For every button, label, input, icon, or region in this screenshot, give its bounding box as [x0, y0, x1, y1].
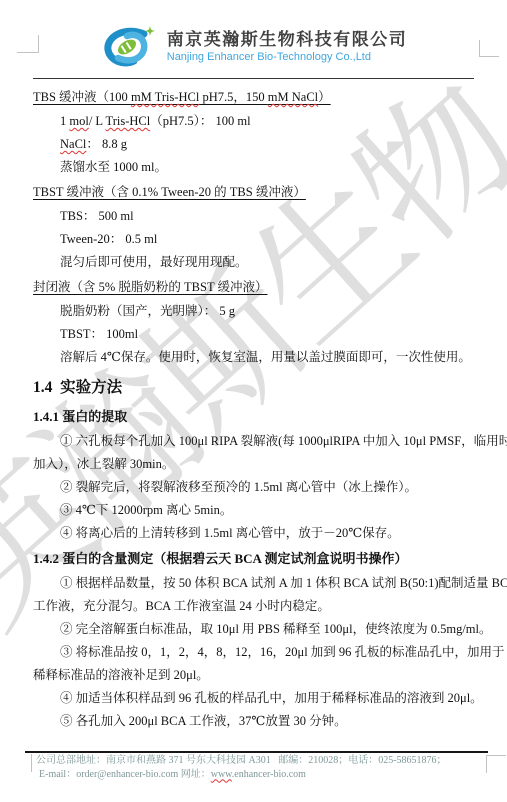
- doc-line: ③ 将标准品按 0，1，2，4，8，12，16，20μl 加到 96 孔板的标准…: [33, 641, 483, 664]
- company-name-en: Nanjing Enhancer Bio-Technology Co.,Ltd: [167, 51, 408, 64]
- doc-line: 加入），冰上裂解 30min。: [33, 453, 483, 476]
- heading-1-4: 1.4 实验方法: [33, 372, 483, 403]
- text-run: 蒸馏水至 1000 ml。: [60, 160, 167, 174]
- text-run: （pH7.5）： 100 ml: [150, 114, 250, 128]
- text-run: 溶解后 4℃保存。使用时，恢复室温，用量以盖过膜面即可，一次性使用。: [60, 350, 471, 364]
- text-run: Tween-20： 0.5 ml: [60, 232, 157, 246]
- footer-text: 公司总部地址：南京市和燕路 371 号东大科技园 A301 邮编：210028；…: [36, 754, 476, 781]
- section-title-tbs: TBS 缓冲液（100 mM Tris-HCl pH7.5，150 mM NaC…: [33, 85, 483, 110]
- text-run: E-mail：order@enhancer-bio.com 网址：: [39, 769, 211, 780]
- text-run: pH7.5，150: [199, 90, 267, 104]
- text-run: 稀释标准品的溶液补足到 20μl。: [33, 668, 209, 682]
- doc-line: ④ 将离心后的上清转移到 1.5ml 离心管中，放于－20℃保存。: [33, 522, 483, 545]
- text-run: 加入），冰上裂解 30min。: [33, 457, 174, 471]
- text-run: ③ 4℃下 12000rpm 离心 5min。: [60, 503, 232, 517]
- doc-line: 工作液，充分混匀。BCA 工作液室温 24 小时内稳定。: [33, 595, 483, 618]
- footer-divider: [25, 751, 488, 753]
- text-run: TBST 缓冲液（含 0.1% Tween-20 的 TBS 缓冲液）: [33, 185, 306, 199]
- text-run: ： 8.8 g: [86, 137, 127, 151]
- margin-mark-bottom-left: [13, 754, 32, 772]
- doc-line: 混匀后即可使用，最好现用现配。: [33, 251, 483, 274]
- text-run: ② 裂解完后，将裂解液移至预冷的 1.5ml 离心管中（冰上操作）。: [60, 480, 417, 494]
- doc-line: TBS： 500 ml: [33, 205, 483, 228]
- text-run: ① 六孔板每个孔加入 100μl RIPA 裂解液(每 1000μlRIPA 中…: [60, 434, 507, 448]
- text-run: 公司总部地址：南京市和燕路 371 号东大科技园 A301 邮编：210028；…: [36, 755, 447, 766]
- spellcheck-flagged-text: mM Tris-HCl: [131, 90, 199, 104]
- heading-1-4-1: 1.4.1 蛋白的提取: [33, 403, 483, 430]
- text-run: 脱脂奶粉（国产，光明牌）： 5 g: [60, 304, 235, 318]
- text-run: TBS： 500 ml: [60, 209, 134, 223]
- section-title-blocking: 封闭液（含 5% 脱脂奶粉的 TBST 缓冲液）: [33, 275, 483, 300]
- text-run: 封闭液（含 5% 脱脂奶粉的 TBST 缓冲液）: [33, 280, 268, 294]
- doc-line: TBST： 100ml: [33, 323, 483, 346]
- text-run: ④ 加适当体积样品到 96 孔板的样品孔中，加用于稀释标准品的溶液到 20μl。: [60, 691, 483, 705]
- doc-line: ② 裂解完后，将裂解液移至预冷的 1.5ml 离心管中（冰上操作）。: [33, 476, 483, 499]
- company-name-cn: 南京英瀚斯生物科技有限公司: [167, 30, 408, 50]
- text-run: .enhancer-bio.com: [232, 769, 306, 780]
- spellcheck-flagged-text: mol: [69, 114, 88, 128]
- brand-text: 南京英瀚斯生物科技有限公司 Nanjing Enhancer Bio-Techn…: [167, 30, 408, 64]
- margin-mark-top-right: [479, 40, 499, 57]
- doc-line: NaCl： 8.8 g: [33, 133, 483, 156]
- text-run: 1.4.2 蛋白的含量测定（根据碧云天 BCA 测定试剂盒说明书操作）: [33, 551, 407, 566]
- doc-line: ⑤ 各孔加入 200μl BCA 工作液，37℃放置 30 分钟。: [33, 710, 483, 733]
- margin-mark-bottom-right: [486, 755, 506, 773]
- doc-line: 蒸馏水至 1000 ml。: [33, 156, 483, 179]
- footer-contact-line: E-mail：order@enhancer-bio.com 网址：www.enh…: [36, 768, 476, 782]
- spellcheck-flagged-text: NaCl: [60, 137, 86, 151]
- text-run: ）: [318, 90, 331, 104]
- text-run: 1.4 实验方法: [33, 379, 122, 396]
- doc-line: ③ 4℃下 12000rpm 离心 5min。: [33, 499, 483, 522]
- text-run: ② 完全溶解蛋白标准品，取 10μl 用 PBS 稀释至 100μl，使终浓度为…: [60, 622, 491, 636]
- doc-line: 1 mol/ L Tris-HCl（pH7.5）： 100 ml: [33, 110, 483, 133]
- text-run: ① 根据样品数量，按 50 体积 BCA 试剂 A 加 1 体积 BCA 试剂 …: [60, 576, 507, 590]
- text-run: TBST： 100ml: [60, 327, 138, 341]
- text-run: / L: [89, 114, 106, 128]
- company-header: 南京英瀚斯生物科技有限公司 Nanjing Enhancer Bio-Techn…: [0, 22, 507, 72]
- section-title-tbst: TBST 缓冲液（含 0.1% Tween-20 的 TBS 缓冲液）: [33, 180, 483, 205]
- heading-1-4-2: 1.4.2 蛋白的含量测定（根据碧云天 BCA 测定试剂盒说明书操作）: [33, 545, 483, 572]
- document-body: TBS 缓冲液（100 mM Tris-HCl pH7.5，150 mM NaC…: [33, 84, 483, 733]
- text-run: TBS 缓冲液（100: [33, 90, 131, 104]
- doc-line: ② 完全溶解蛋白标准品，取 10μl 用 PBS 稀释至 100μl，使终浓度为…: [33, 618, 483, 641]
- document-page: 南京英瀚斯生物科技有限公司 Nanjing Enhancer Bio-Techn…: [0, 0, 507, 802]
- dna-swoosh-icon: [100, 25, 158, 69]
- text-run: 1.4.1 蛋白的提取: [33, 409, 127, 424]
- text-run: 混匀后即可使用，最好现用现配。: [60, 255, 248, 269]
- text-run: ③ 将标准品按 0，1，2，4，8，12，16，20μl 加到 96 孔板的标准…: [60, 645, 505, 659]
- doc-line: 溶解后 4℃保存。使用时，恢复室温，用量以盖过膜面即可，一次性使用。: [33, 346, 483, 369]
- text-run: 1: [60, 114, 69, 128]
- doc-line: 脱脂奶粉（国产，光明牌）： 5 g: [33, 300, 483, 323]
- text-run: ⑤ 各孔加入 200μl BCA 工作液，37℃放置 30 分钟。: [60, 714, 347, 728]
- header-divider: [33, 78, 474, 79]
- spellcheck-flagged-text: mM NaCl: [268, 90, 318, 104]
- footer-address-line: 公司总部地址：南京市和燕路 371 号东大科技园 A301 邮编：210028；…: [36, 754, 476, 768]
- doc-line: ① 根据样品数量，按 50 体积 BCA 试剂 A 加 1 体积 BCA 试剂 …: [33, 572, 483, 595]
- doc-line: 稀释标准品的溶液补足到 20μl。: [33, 664, 483, 687]
- text-run: 工作液，充分混匀。BCA 工作液室温 24 小时内稳定。: [33, 599, 330, 613]
- doc-line: ④ 加适当体积样品到 96 孔板的样品孔中，加用于稀释标准品的溶液到 20μl。: [33, 687, 483, 710]
- text-run: ④ 将离心后的上清转移到 1.5ml 离心管中，放于－20℃保存。: [60, 526, 400, 540]
- margin-mark-top-left: [17, 35, 39, 53]
- doc-line: Tween-20： 0.5 ml: [33, 228, 483, 251]
- doc-line: ① 六孔板每个孔加入 100μl RIPA 裂解液(每 1000μlRIPA 中…: [33, 430, 483, 453]
- spellcheck-flagged-text: www: [211, 769, 232, 780]
- spellcheck-flagged-text: Tris-HCl: [106, 114, 151, 128]
